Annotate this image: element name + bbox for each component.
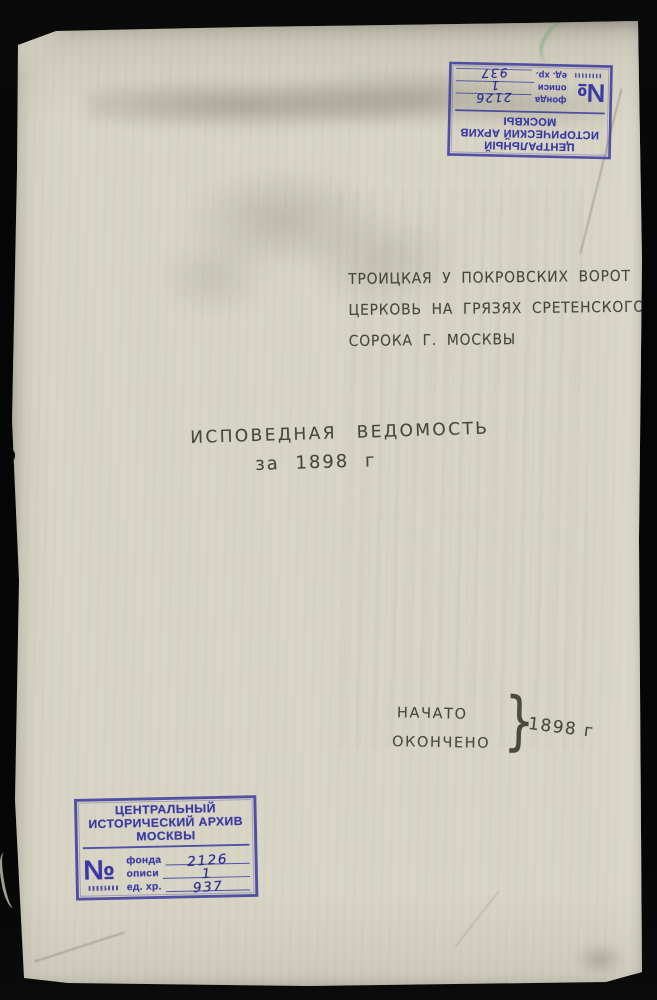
archive-stamp-top: ЦЕНТРАЛЬНЫЙ ИСТОРИЧЕСКИЙ АРХИВ МОСКВЫ № … — [447, 62, 613, 160]
smudge-bottom-right — [564, 936, 636, 982]
number-sign-underline — [575, 73, 601, 78]
started-label: НАЧАТО — [397, 705, 468, 722]
archive-stamp-bottom: ЦЕНТРАЛЬНЫЙ ИСТОРИЧЕСКИЙ АРХИВ МОСКВЫ № … — [74, 795, 258, 900]
archive-stamp: ЦЕНТРАЛЬНЫЙ ИСТОРИЧЕСКИЙ АРХИВ МОСКВЫ № … — [74, 795, 258, 900]
stamp-field-fond: фонда 2126 — [455, 93, 566, 108]
archive-stamp: ЦЕНТРАЛЬНЫЙ ИСТОРИЧЕСКИЙ АРХИВ МОСКВЫ № … — [447, 62, 613, 160]
stamp-org-name: ЦЕНТРАЛЬНЫЙ ИСТОРИЧЕСКИЙ АРХИВ МОСКВЫ — [454, 114, 604, 154]
stamp-field-value: 937 — [192, 879, 224, 896]
church-name-line: ТРОИЦКАЯ У ПОКРОВСКИХ ВОРОТ — [348, 261, 645, 295]
green-ink-mark — [534, 16, 578, 70]
stamp-field-edkhr: ед. хр. 937 — [456, 68, 567, 83]
church-name-line: ЦЕРКОВЬ НА ГРЯЗЯХ СРЕТЕНСКОГО — [348, 292, 645, 326]
document-title-block: ИСПОВЕДНАЯ ВЕДОМОСТЬ за 1898 г — [190, 419, 491, 477]
number-sign-underline — [89, 885, 118, 890]
number-sign-glyph: № — [83, 855, 114, 886]
document-title: ИСПОВЕДНАЯ ВЕДОМОСТЬ — [190, 419, 490, 448]
corner-fold — [14, 28, 74, 74]
stitch-notch — [4, 626, 15, 641]
stamp-field-edkhr: ед. хр. 937 — [127, 877, 251, 893]
finished-label: ОКОНЧЕНО — [392, 734, 491, 752]
stamp-field-label: ед. хр. — [127, 882, 166, 893]
stamp-field-label: фонда — [531, 94, 566, 104]
stamp-number-sign: № — [566, 70, 606, 110]
stamp-field-rule: 937 — [456, 68, 532, 83]
number-sign-glyph: № — [577, 78, 605, 107]
document-year-line: за 1898 г — [255, 447, 491, 475]
scanned-archive-cover: ЦЕНТРАЛЬНЫЙ ИСТОРИЧЕСКИЙ АРХИВ МОСКВЫ № … — [0, 0, 657, 1000]
crease-line — [34, 931, 125, 962]
stamp-field-label: описи — [534, 82, 567, 92]
document-page: ЦЕНТРАЛЬНЫЙ ИСТОРИЧЕСКИЙ АРХИВ МОСКВЫ № … — [8, 20, 644, 988]
year-value: 1898 г — [527, 714, 596, 742]
church-name-line: СОРОКА Г. МОСКВЫ — [349, 323, 646, 357]
stamp-field-label: описи — [126, 868, 162, 879]
stamp-number-sign: № — [83, 850, 127, 894]
church-name-block: ТРОИЦКАЯ У ПОКРОВСКИХ ВОРОТ ЦЕРКОВЬ НА Г… — [348, 261, 646, 357]
stamp-field-opis: описи 1 — [456, 80, 567, 95]
crease-line — [455, 891, 500, 947]
stamp-field-rule: 937 — [165, 876, 250, 892]
binding-thread — [0, 851, 21, 909]
stamp-org-name: ЦЕНТРАЛЬНЫЙ ИСТОРИЧЕСКИЙ АРХИВ МОСКВЫ — [82, 801, 249, 844]
stamp-field-label: ед. хр. — [532, 70, 567, 80]
stamp-field-value: 937 — [480, 65, 508, 80]
stitch-notch — [4, 448, 15, 463]
